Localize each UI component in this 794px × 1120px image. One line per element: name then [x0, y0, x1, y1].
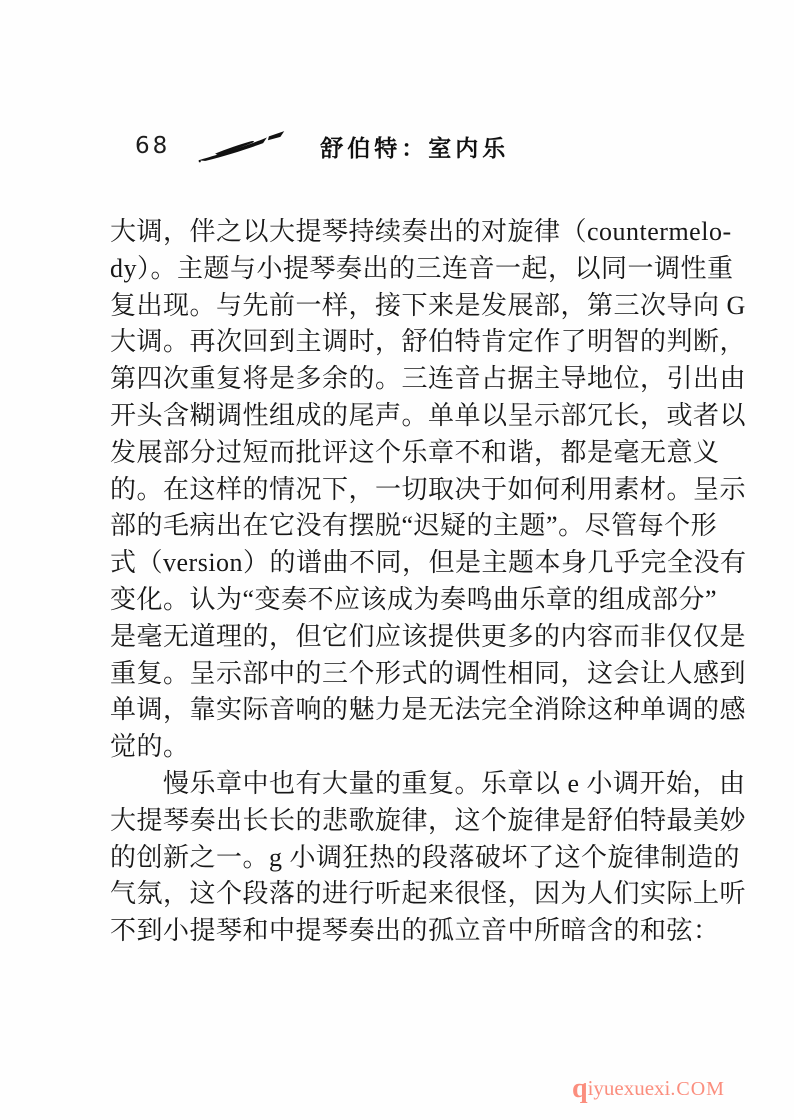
page-number: 68 [135, 133, 170, 159]
text-line: 是毫无道理的，但它们应该提供更多的内容而非仅仅是 [110, 619, 688, 656]
text-line: dy）。主题与小提琴奏出的三连音一起，以同一调性重 [110, 251, 688, 288]
watermark: qiyuexuexi.COM [572, 1074, 725, 1103]
book-page: 68 舒伯特：室内乐 大调，伴之以大提琴持续奏出的对旋律（countermelo… [0, 0, 794, 1120]
text-line: 气氛，这个段落的进行听起来很怪，因为人们实际上听 [110, 876, 688, 913]
text-line: 慢乐章中也有大量的重复。乐章以 e 小调开始，由 [110, 766, 688, 803]
text-line: 第四次重复将是多余的。三连音占据主导地位，引出由 [110, 361, 688, 398]
page-header: 68 舒伯特：室内乐 [135, 128, 509, 164]
text-line: 的创新之一。g 小调狂热的段落破坏了这个旋律制造的 [110, 840, 688, 877]
body-text: 大调，伴之以大提琴持续奏出的对旋律（countermelo- dy）。主题与小提… [110, 214, 688, 950]
watermark-lead: q [572, 1073, 588, 1104]
text-line: 觉的。 [110, 729, 688, 766]
brush-stroke-icon [194, 128, 290, 164]
text-line: 复出现。与先前一样，接下来是发展部，第三次导向 G [110, 288, 688, 325]
running-title: 舒伯特：室内乐 [320, 130, 509, 163]
text-line: 不到小提琴和中提琴奏出的孤立音中所暗含的和弦： [110, 913, 688, 950]
text-line: 大提琴奏出长长的悲歌旋律，这个旋律是舒伯特最美妙 [110, 803, 688, 840]
text-line: 单调，靠实际音响的魅力是无法完全消除这种单调的感 [110, 692, 688, 729]
text-line: 大调。再次回到主调时，舒伯特肯定作了明智的判断， [110, 324, 688, 361]
text-line: 大调，伴之以大提琴持续奏出的对旋律（countermelo- [110, 214, 688, 251]
text-line: 式（version）的谱曲不同，但是主题本身几乎完全没有 [110, 545, 688, 582]
text-line: 重复。呈示部中的三个形式的调性相同，这会让人感到 [110, 656, 688, 693]
text-line: 的。在这样的情况下，一切取决于如何利用素材。呈示 [110, 472, 688, 509]
text-line: 开头含糊调性组成的尾声。单单以呈示部冗长，或者以 [110, 398, 688, 435]
text-line: 变化。认为“变奏不应该成为奏鸣曲乐章的组成部分” [110, 582, 688, 619]
watermark-tld: .COM [670, 1078, 725, 1100]
text-line: 发展部分过短而批评这个乐章不和谐，都是毫无意义 [110, 435, 688, 472]
watermark-name: iyuexuexi [588, 1076, 671, 1100]
text-line: 部的毛病出在它没有摆脱“迟疑的主题”。尽管每个形 [110, 508, 688, 545]
